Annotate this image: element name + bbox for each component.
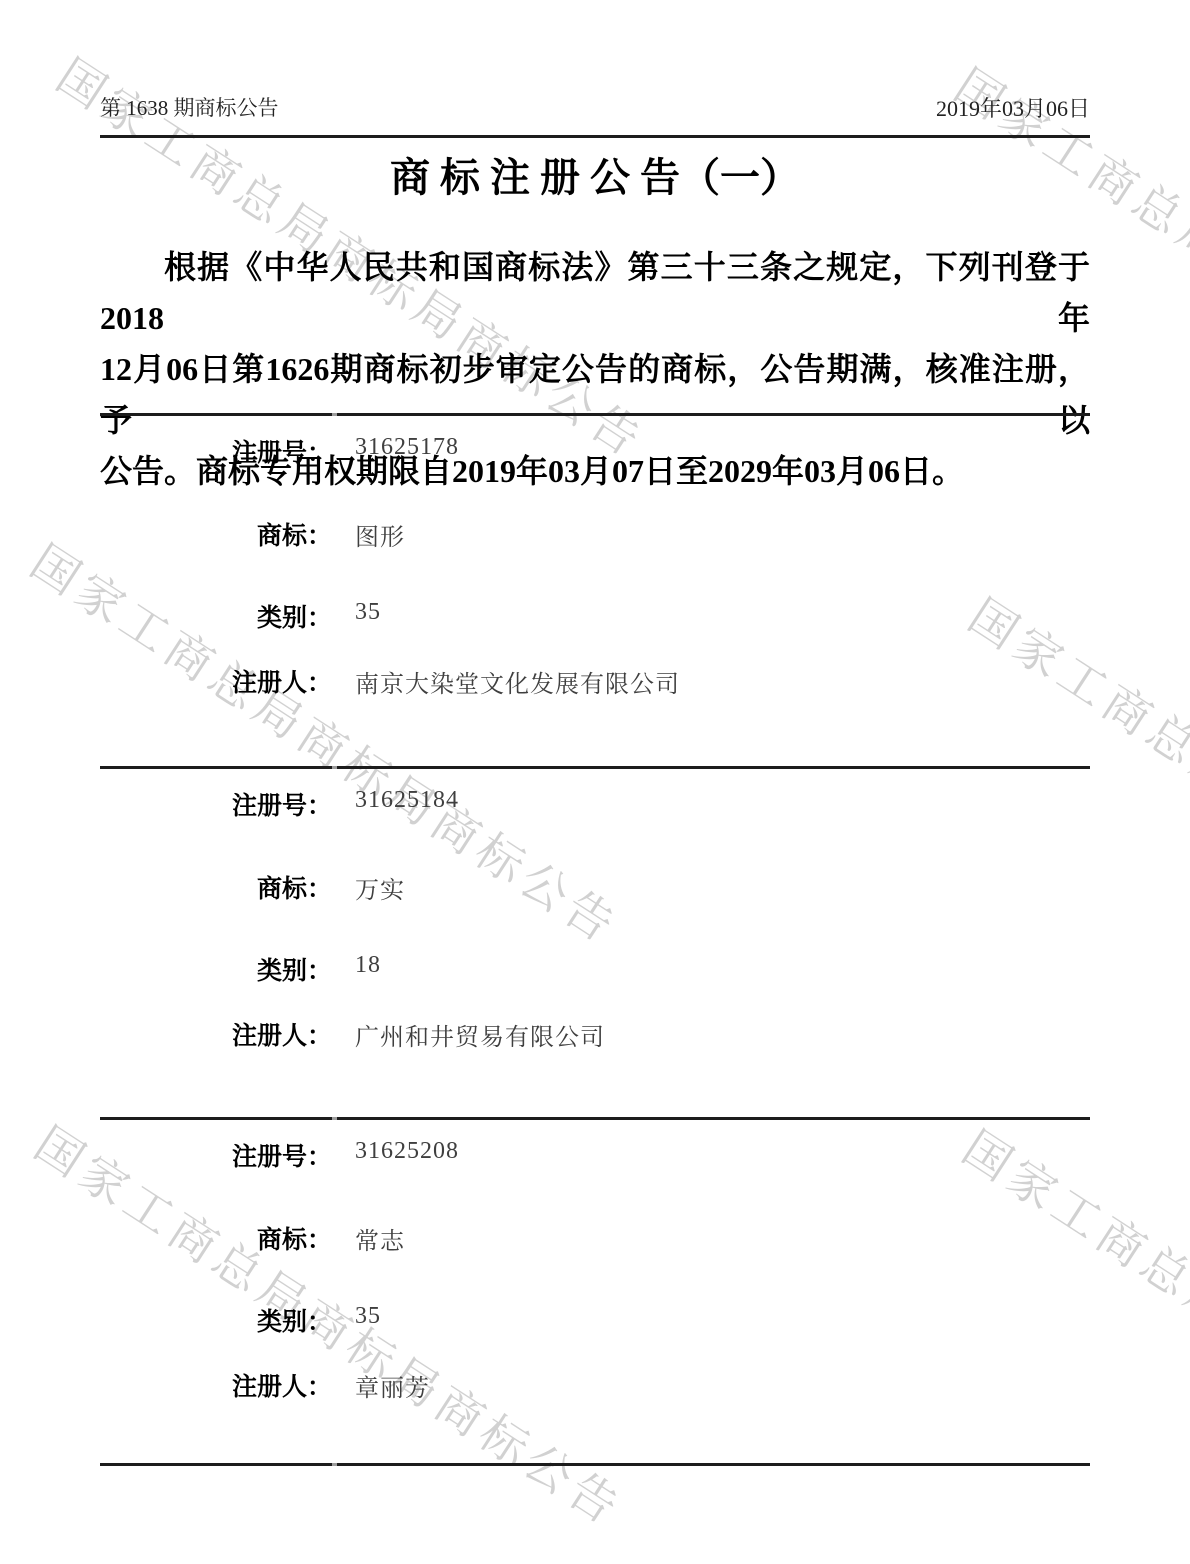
- class-value: 18: [355, 952, 381, 979]
- page-title: 商 标 注 册 公 告（一）: [0, 146, 1190, 203]
- header-date: 2019年03月06日: [936, 92, 1090, 123]
- registrant-value: 章丽芳: [355, 1368, 430, 1403]
- header-rule: [100, 135, 1090, 138]
- trademark-value: 常志: [355, 1221, 405, 1256]
- reg-no-label: 注册号：: [100, 786, 332, 822]
- registrant-label: 注册人：: [100, 1367, 332, 1403]
- class-value: 35: [355, 1303, 381, 1330]
- header-issue-number: 第 1638 期商标公告: [100, 92, 279, 122]
- trademark-label: 商标：: [100, 869, 332, 905]
- reg-no-label: 注册号：: [100, 1137, 332, 1173]
- trademark-label: 商标：: [100, 516, 332, 552]
- class-label: 类别：: [100, 598, 332, 634]
- trademark-value: 万实: [355, 870, 405, 905]
- reg-no-value: 31625208: [355, 1138, 459, 1165]
- registrant-label: 注册人：: [100, 1016, 332, 1052]
- class-label: 类别：: [100, 951, 332, 987]
- gazette-page: 国家工商总局商标局商标公告 国家工商总局商标局商标公告 国家工商总局商标局商标公…: [0, 0, 1190, 1564]
- class-label: 类别：: [100, 1302, 332, 1338]
- bottom-rule: [100, 1463, 1090, 1466]
- trademark-value: 图形: [355, 517, 405, 552]
- intro-line-1: 根据《中华人民共和国商标法》第三十三条之规定，下列刊登于2018年: [100, 242, 1090, 344]
- reg-no-label: 注册号：: [100, 433, 332, 469]
- record: 注册号： 31625184 商标： 万实 类别： 18 注册人： 广州和井贸易有…: [100, 766, 1090, 1066]
- reg-no-value: 31625178: [355, 434, 459, 461]
- record: 注册号： 31625208 商标： 常志 类别： 35 注册人： 章丽芳: [100, 1117, 1090, 1417]
- record: 注册号： 31625178 商标： 图形 类别： 35 注册人： 南京大染堂文化…: [100, 413, 1090, 713]
- registrant-label: 注册人：: [100, 663, 332, 699]
- page-content: 第 1638 期商标公告 2019年03月06日 商 标 注 册 公 告（一） …: [0, 0, 1190, 1564]
- trademark-label: 商标：: [100, 1220, 332, 1256]
- registrant-value: 广州和井贸易有限公司: [355, 1017, 605, 1052]
- registrant-value: 南京大染堂文化发展有限公司: [355, 664, 680, 699]
- reg-no-value: 31625184: [355, 787, 459, 814]
- class-value: 35: [355, 599, 381, 626]
